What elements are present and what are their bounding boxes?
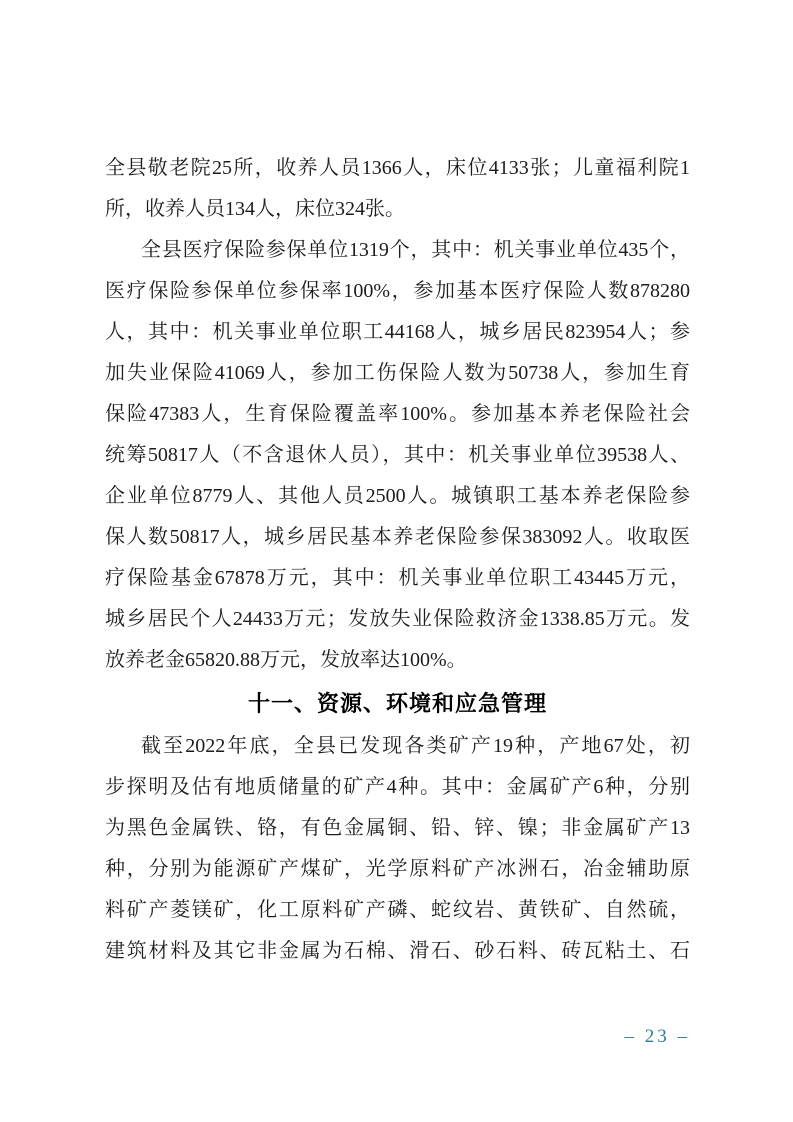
body-text-line: 截至2022年底，全县已发现各类矿产19种，产地67处，初 [105,726,690,767]
body-text-line: 疗保险基金67878万元，其中：机关事业单位职工43445万元， [105,558,690,599]
body-text-line: 所，收养人员134人，床位324张。 [105,189,690,230]
body-text-line: 全县敬老院25所，收养人员1366人，床位4133张；儿童福利院1 [105,148,690,189]
document-page: 全县敬老院25所，收养人员1366人，床位4133张；儿童福利院1 所，收养人员… [0,0,793,1122]
paragraph-minerals: 截至2022年底，全县已发现各类矿产19种，产地67处，初 步探明及估有地质储量… [105,726,690,972]
paragraph-insurance: 全县医疗保险参保单位1319个，其中：机关事业单位435个， 医疗保险参保单位参… [105,230,690,681]
page-number: – 23 – [625,1026,691,1048]
page-body-text: 全县敬老院25所，收养人员1366人，床位4133张；儿童福利院1 所，收养人员… [105,148,690,972]
body-text-line: 医疗保险参保单位参保率100%，参加基本医疗保险人数878280 [105,271,690,312]
paragraph-welfare: 全县敬老院25所，收养人员1366人，床位4133张；儿童福利院1 所，收养人员… [105,148,690,230]
body-text-line: 统筹50817人（不含退休人员），其中：机关事业单位39538人、 [105,435,690,476]
body-text-line: 步探明及估有地质储量的矿产4种。其中：金属矿产6种，分别 [105,767,690,808]
body-text-line: 企业单位8779人、其他人员2500人。城镇职工基本养老保险参 [105,476,690,517]
body-text-line: 料矿产菱镁矿，化工原料矿产磷、蛇纹岩、黄铁矿、自然硫， [105,890,690,931]
body-text-line: 人，其中：机关事业单位职工44168人，城乡居民823954人；参 [105,312,690,353]
body-text-line: 全县医疗保险参保单位1319个，其中：机关事业单位435个， [105,230,690,271]
body-text-line: 保险47383人，生育保险覆盖率100%。参加基本养老保险社会 [105,394,690,435]
body-text-line: 种，分别为能源矿产煤矿，光学原料矿产冰洲石，冶金辅助原 [105,849,690,890]
section-heading: 十一、资源、环境和应急管理 [105,681,690,726]
body-text-line: 为黑色金属铁、铬，有色金属铜、铅、锌、镍；非金属矿产13 [105,808,690,849]
body-text-line: 保人数50817人，城乡居民基本养老保险参保383092人。收取医 [105,517,690,558]
body-text-line: 城乡居民个人24433万元；发放失业保险救济金1338.85万元。发 [105,599,690,640]
body-text-line: 放养老金65820.88万元，发放率达100%。 [105,640,690,681]
body-text-line: 加失业保险41069人，参加工伤保险人数为50738人，参加生育 [105,353,690,394]
body-text-line: 建筑材料及其它非金属为石棉、滑石、砂石料、砖瓦粘土、石 [105,931,690,972]
